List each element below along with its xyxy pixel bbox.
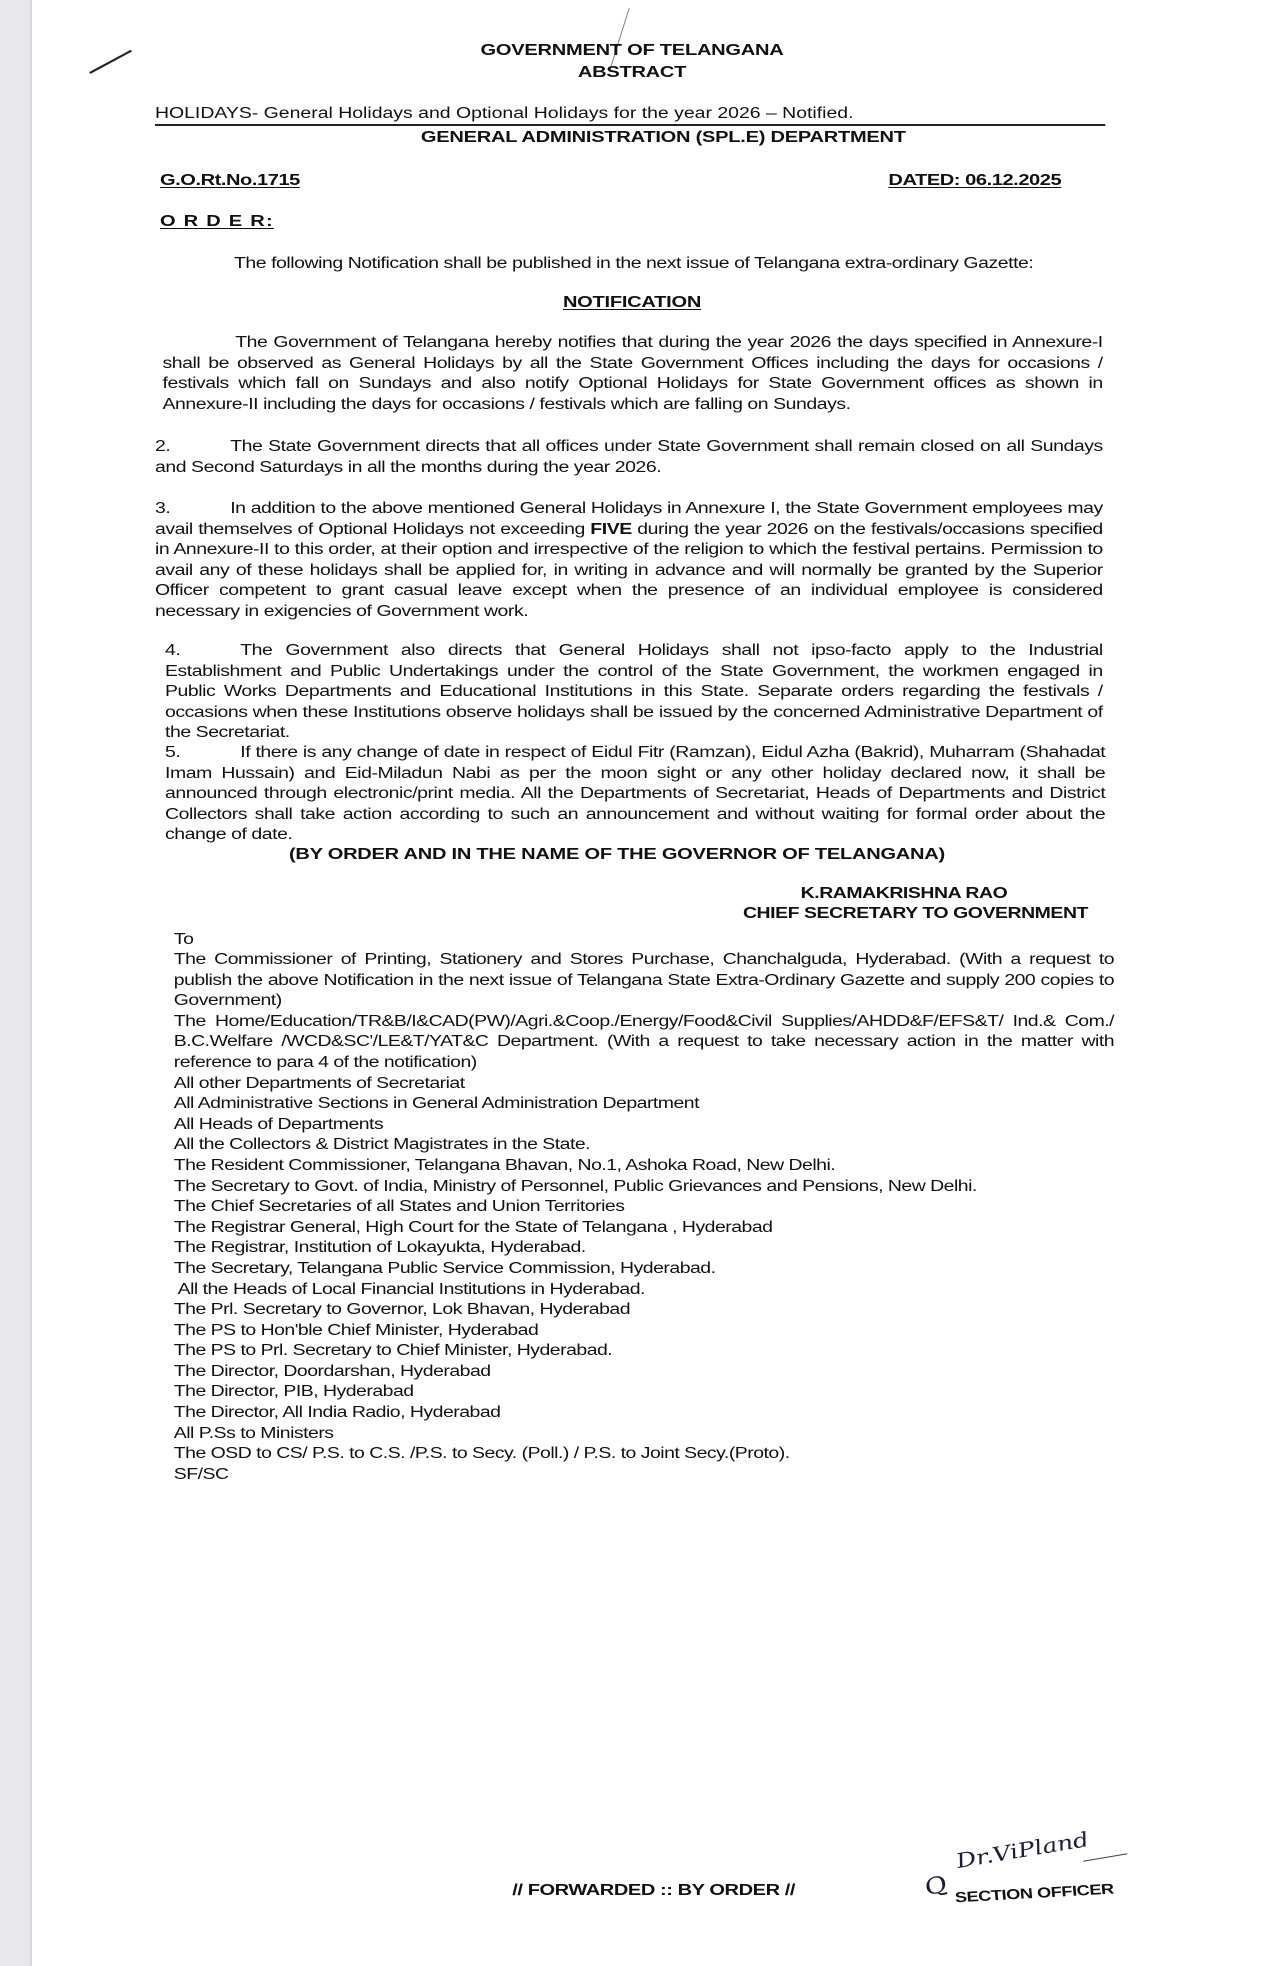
paragraph-5-text: If there is any change of date in respec… <box>165 744 1105 843</box>
document-page: GOVERNMENT OF TELANGANA ABSTRACT HOLIDAY… <box>32 0 1280 1966</box>
go-number: G.O.Rt.No.1715 <box>160 171 300 192</box>
forwarded-by-order: // FORWARDED :: BY ORDER // <box>512 1881 795 1902</box>
list-item: The OSD to CS/ P.S. to C.S. /P.S. to Sec… <box>174 1444 1114 1465</box>
list-item: The Director, All India Radio, Hyderabad <box>174 1403 1114 1424</box>
paragraph-1-text: The Government of Telangana hereby notif… <box>163 334 1103 413</box>
paragraph-4-number: 4. <box>165 641 240 662</box>
government-heading: GOVERNMENT OF TELANGANA <box>0 42 1272 60</box>
list-item: SF/SC <box>174 1465 1114 1486</box>
list-item: All Heads of Departments <box>174 1115 1114 1136</box>
paragraph-3: 3.In addition to the above mentioned Gen… <box>155 499 1103 622</box>
signatory-name: K.RAMAKRISHNA RAO <box>801 884 1008 905</box>
list-item: All the Collectors & District Magistrate… <box>174 1135 1114 1156</box>
subject-line: HOLIDAYS- General Holidays and Optional … <box>155 105 1105 126</box>
list-item: The Secretary, Telangana Public Service … <box>174 1259 1114 1280</box>
order-date: DATED: 06.12.2025 <box>888 171 1061 192</box>
paragraph-5-number: 5. <box>165 743 240 764</box>
by-order-line: (BY ORDER AND IN THE NAME OF THE GOVERNO… <box>0 846 1257 864</box>
list-item: The Director, Doordarshan, Hyderabad <box>174 1362 1114 1383</box>
list-item: The Secretary to Govt. of India, Ministr… <box>174 1177 1114 1198</box>
order-intro: The following Notification shall be publ… <box>234 254 1033 275</box>
list-item: The Commissioner of Printing, Stationery… <box>174 950 1114 1012</box>
list-item: The Registrar, Institution of Lokayukta,… <box>174 1238 1114 1259</box>
list-item: The Prl. Secretary to Governor, Lok Bhav… <box>174 1300 1114 1321</box>
signatory-title: CHIEF SECRETARY TO GOVERNMENT <box>743 904 1088 925</box>
paragraph-2-number: 2. <box>155 437 230 458</box>
pen-stroke-mark <box>609 8 631 70</box>
list-item: All P.Ss to Ministers <box>174 1424 1114 1445</box>
government-order: GOVERNMENT OF TELANGANA ABSTRACT HOLIDAY… <box>0 0 1272 1966</box>
list-item: All Administrative Sections in General A… <box>174 1094 1114 1115</box>
list-item: The Chief Secretaries of all States and … <box>174 1197 1114 1218</box>
paragraph-2-text: The State Government directs that all of… <box>155 438 1103 476</box>
list-item: The Registrar General, High Court for th… <box>174 1218 1114 1239</box>
notification-heading: NOTIFICATION <box>0 294 1272 312</box>
paragraph-1: The Government of Telangana hereby notif… <box>163 333 1103 415</box>
subject-text: HOLIDAYS- General Holidays and Optional … <box>155 105 853 122</box>
paragraph-5: 5.If there is any change of date in resp… <box>165 743 1105 846</box>
order-heading: O R D E R: <box>160 212 274 233</box>
paragraph-3-number: 3. <box>155 499 230 520</box>
signature-initial: Q <box>920 1872 952 1902</box>
department-heading: GENERAL ADMINISTRATION (SPL.E) DEPARTMEN… <box>23 129 1280 147</box>
paragraph-4-text: The Government also directs that General… <box>165 642 1103 741</box>
list-item: The Director, PIB, Hyderabad <box>174 1382 1114 1403</box>
section-officer-label: SECTION OFFICER <box>954 1880 1114 1909</box>
paragraph-4: 4.The Government also directs that Gener… <box>165 641 1103 744</box>
signature-scribble: Dr.ViPland <box>953 1827 1091 1873</box>
list-item: The Home/Education/TR&B/I&CAD(PW)/Agri.&… <box>174 1012 1114 1074</box>
abstract-heading: ABSTRACT <box>0 64 1272 82</box>
list-item: All other Departments of Secretariat <box>174 1074 1114 1095</box>
list-item: The PS to Prl. Secretary to Chief Minist… <box>174 1341 1114 1362</box>
list-item: The PS to Hon'ble Chief Minister, Hydera… <box>174 1321 1114 1342</box>
signature-underline <box>1083 1853 1127 1861</box>
paragraph-3-bold: FIVE <box>590 521 631 538</box>
distribution-list: The Commissioner of Printing, Stationery… <box>174 950 1114 1485</box>
to-label: To <box>174 930 194 951</box>
list-item: The Resident Commissioner, Telangana Bha… <box>174 1156 1114 1177</box>
paragraph-2: 2.The State Government directs that all … <box>155 437 1103 478</box>
list-item: All the Heads of Local Financial Institu… <box>174 1280 1114 1301</box>
